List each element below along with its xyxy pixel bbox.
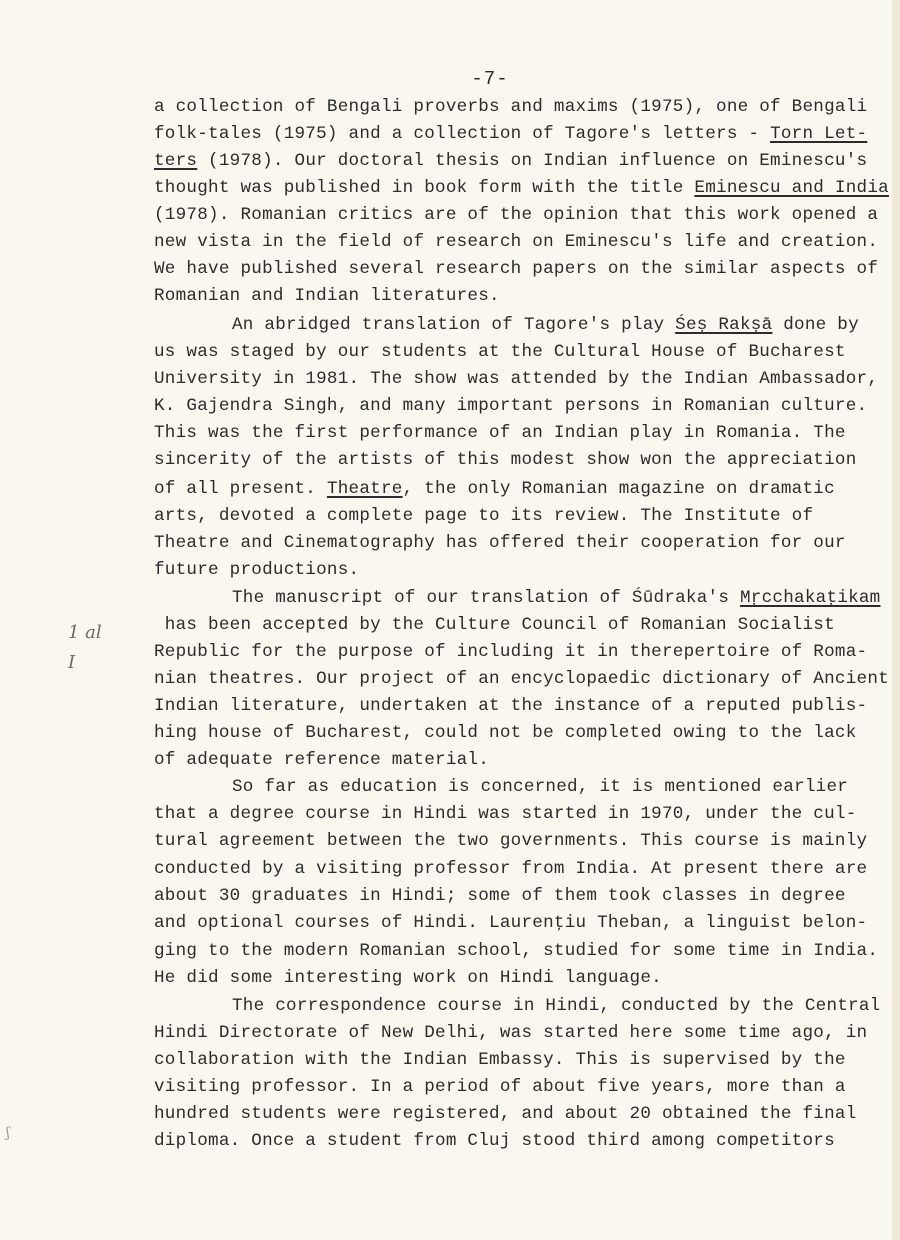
text-line: An abridged translation of Tagore's play… (232, 312, 859, 339)
text-line: that a degree course in Hindi was starte… (154, 801, 857, 828)
text-line: We have published several research paper… (154, 256, 878, 283)
text-line: future productions. (154, 557, 359, 584)
text-line: So far as education is concerned, it is … (232, 774, 848, 801)
text-line: hundred students were registered, and ab… (154, 1101, 857, 1128)
text-line: K. Gajendra Singh, and many important pe… (154, 393, 867, 420)
title-torn-letters: Torn Let- (770, 124, 867, 144)
text-line: nian theatres. Our project of an encyclo… (154, 666, 889, 693)
text-line: Indian literature, undertaken at the ins… (154, 693, 867, 720)
text-line: us was staged by our students at the Cul… (154, 339, 846, 366)
text-line: collaboration with the Indian Embassy. T… (154, 1047, 846, 1074)
title-theatre: Theatre (327, 479, 403, 499)
text-line: ters (1978). Our doctoral thesis on Indi… (154, 148, 867, 175)
page-number: -7- (0, 68, 900, 90)
text-line: conducted by a visiting professor from I… (154, 856, 867, 883)
text-line: diploma. Once a student from Cluj stood … (154, 1128, 835, 1155)
text-line: Hindi Directorate of New Delhi, was star… (154, 1020, 867, 1047)
handwritten-margin-note: 1 al I (68, 618, 102, 678)
text-line: University in 1981. The show was attende… (154, 366, 878, 393)
text-line: a collection of Bengali proverbs and max… (154, 94, 867, 121)
text-line: thought was published in book form with … (154, 175, 889, 202)
text-line: visiting professor. In a period of about… (154, 1074, 846, 1101)
margin-note-line-2: I (68, 648, 102, 678)
text-line: arts, devoted a complete page to its rev… (154, 503, 813, 530)
text-line: The manuscript of our translation of Śūd… (232, 585, 881, 612)
text-line: folk-tales (1975) and a collection of Ta… (154, 121, 867, 148)
text-line: about 30 graduates in Hindi; some of the… (154, 883, 846, 910)
text-line: new vista in the field of research on Em… (154, 229, 878, 256)
text-line: sincerity of the artists of this modest … (154, 447, 857, 474)
text-line: This was the first performance of an Ind… (154, 420, 846, 447)
title-mrcchakatikam: Mṛcchakaṭikam (740, 588, 881, 608)
text-line: has been accepted by the Culture Council… (154, 612, 835, 639)
text-line: He did some interesting work on Hindi la… (154, 965, 662, 992)
title-torn-letters-cont: ters (154, 151, 197, 171)
text-line: hing house of Bucharest, could not be co… (154, 720, 857, 747)
title-eminescu-and-india: Eminescu and India (694, 178, 889, 198)
text-line: Republic for the purpose of including it… (154, 639, 867, 666)
text-line: of adequate reference material. (154, 747, 489, 774)
text-line: Romanian and Indian literatures. (154, 283, 500, 310)
page-edge (892, 0, 900, 1240)
margin-note-line-1: 1 al (68, 618, 102, 648)
text-line: ging to the modern Romanian school, stud… (154, 938, 878, 965)
text-line: and optional courses of Hindi. Laurenţiu… (154, 910, 867, 937)
text-line: Theatre and Cinematography has offered t… (154, 530, 846, 557)
margin-binding-mark: ʃ (6, 1125, 10, 1141)
text-line: (1978). Romanian critics are of the opin… (154, 202, 878, 229)
text-line: of all present. Theatre, the only Romani… (154, 476, 835, 503)
title-ses-raksa: Śeṣ Rakṣā (675, 315, 772, 335)
text-line: The correspondence course in Hindi, cond… (232, 993, 880, 1020)
text-line: tural agreement between the two governme… (154, 828, 867, 855)
